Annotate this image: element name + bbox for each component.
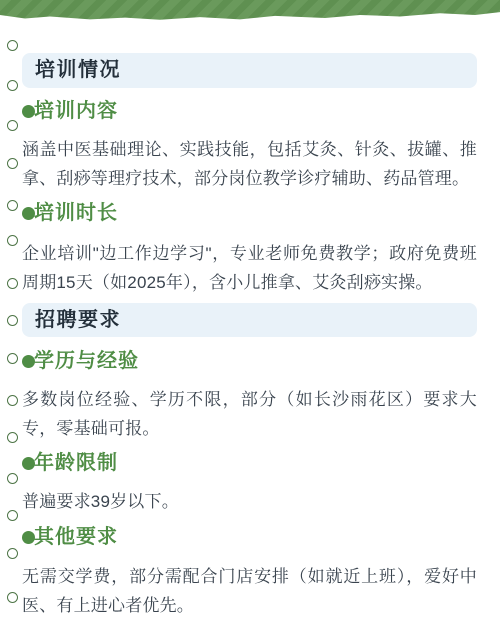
paragraph-other-requirements: 无需交学费，部分需配合门店安排（如就近上班），爱好中医、有上进心者优先。 [22, 562, 477, 620]
section-header-training: 培训情况 [22, 53, 477, 88]
subheading-label-age-limit: 年龄限制 [34, 452, 118, 475]
subheading-label-education: 学历与经验 [34, 350, 139, 373]
subheading-label-training-duration: 培训时长 [34, 202, 118, 225]
subheading-other-requirements: 其他要求 [22, 526, 477, 549]
subheading-training-duration: 培训时长 [22, 202, 477, 225]
section-header-recruitment: 招聘要求 [22, 303, 477, 337]
subheading-education: 学历与经验 [22, 350, 477, 373]
paragraph-education: 多数岗位经验、学历不限，部分（如长沙雨花区）要求大专，零基础可报。 [22, 385, 477, 443]
notebook-page: 培训情况 培训内容 涵盖中医基础理论、实践技能，包括艾灸、针灸、拔罐、推拿、刮痧… [0, 0, 500, 642]
subheading-age-limit: 年龄限制 [22, 452, 477, 475]
section-title-training: 培训情况 [35, 59, 121, 81]
subheading-label-training-content: 培训内容 [34, 100, 118, 123]
subheading-label-other-requirements: 其他要求 [34, 526, 118, 549]
page-content: 培训情况 培训内容 涵盖中医基础理论、实践技能，包括艾灸、针灸、拔罐、推拿、刮痧… [0, 0, 500, 620]
paragraph-training-duration: 企业培训"边工作边学习"，专业老师免费教学；政府免费班周期15天（如2025年）… [22, 239, 477, 297]
section-title-recruitment: 招聘要求 [35, 309, 121, 331]
subheading-training-content: 培训内容 [22, 100, 477, 123]
paragraph-age-limit: 普遍要求39岁以下。 [22, 487, 477, 516]
paragraph-training-content: 涵盖中医基础理论、实践技能，包括艾灸、针灸、拔罐、推拿、刮痧等理疗技术，部分岗位… [22, 135, 477, 193]
